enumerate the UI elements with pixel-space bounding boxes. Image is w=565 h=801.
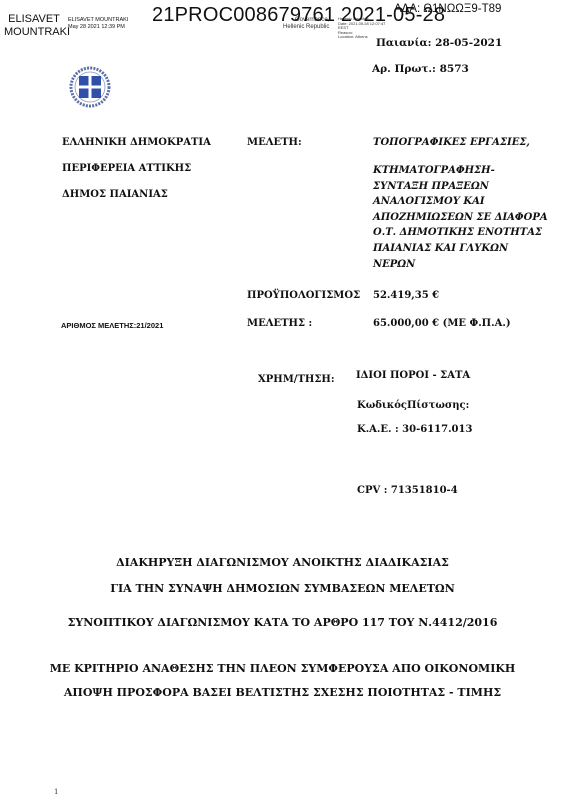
budget-label: ΠΡΟΫΠΟΛΟΓΙΣΜΟΣ xyxy=(247,290,360,301)
cpv-code: CPV : 71351810-4 xyxy=(357,485,458,496)
declaration-title-line-1: ΔΙΑΚΗΡΥΞΗ ΔΙΑΓΩΝΙΣΜΟΥ ΑΝΟΙΚΤΗΣ ΔΙΑΔΙΚΑΣΙ… xyxy=(0,556,565,569)
protocol-number: Αρ. Πρωτ.: 8573 xyxy=(372,63,469,75)
study-title-line: ΚΤΗΜΑΤΟΓΡΑΦΗΣΗ- xyxy=(373,163,548,179)
study-title-line: ΑΝΑΛΟΓΙΣΜΟΥ ΚΑΙ xyxy=(373,194,548,210)
study-label: ΜΕΛΕΤΗ: xyxy=(247,137,302,148)
study-title-line: ΑΠΟΖΗΜΙΩΣΕΩΝ ΣΕ ΔΙΑΦΟΡΑ xyxy=(373,210,548,226)
study-title: ΚΤΗΜΑΤΟΓΡΑΦΗΣΗ- ΣΥΝΤΑΞΗ ΠΡΑΞΕΩΝ ΑΝΑΛΟΓΙΣ… xyxy=(373,163,548,272)
budget-study-label: ΜΕΛΕΤΗΣ : xyxy=(247,318,312,329)
authority-municipality: ΔΗΜΟΣ ΠΑΙΑΝΙΑΣ xyxy=(62,189,168,200)
signature-detail: ELISAVET MOUNTRAKI May 28 2021 12:39 PM xyxy=(68,17,128,31)
declaration-title-line-5: ΑΠΟΨΗ ΠΡΟΣΦΟΡΑ ΒΑΣΕΙ ΒΕΛΤΙΣΤΗΣ ΣΧΕΣΗΣ ΠΟ… xyxy=(0,686,565,699)
signature-detail-name: ELISAVET MOUNTRAKI xyxy=(68,17,128,24)
study-title-line: Ο.Τ. ΔΗΜΟΤΙΚΗΣ ΕΝΟΤΗΤΑΣ xyxy=(373,225,548,241)
study-title-line: ΣΥΝΤΑΞΗ ΠΡΑΞΕΩΝ xyxy=(373,179,548,195)
credit-code-label: ΚωδικόςΠίστωσης: xyxy=(357,400,469,411)
document-date: Παιανία: 28-05-2021 xyxy=(376,37,502,49)
declaration-title-line-3: ΣΥΝΟΠΤΙΚΟΥ ΔΙΑΓΩΝΙΣΜΟΥ ΚΑΤΑ ΤΟ ΑΡΘΡΟ 117… xyxy=(0,616,565,629)
signer-name-line-1: ELISAVET xyxy=(4,13,64,26)
declaration-title-line-2: ΓΙΑ ΤΗΝ ΣΥΝΑΨΗ ΔΗΜΟΣΙΩΝ ΣΥΜΒΑΣΕΩΝ ΜΕΛΕΤΩ… xyxy=(0,582,565,595)
funding-label: ΧΡΗΜ/ΤΗΣΗ: xyxy=(258,374,335,385)
signer-name: ELISAVET MOUNTRAKI xyxy=(4,13,64,39)
kae-code: Κ.Α.Ε. : 30-6117.013 xyxy=(357,424,472,435)
greek-coat-of-arms-icon xyxy=(68,66,112,108)
authority-region: ΠΕΡΙΦΕΡΕΙΑ ΑΤΤΙΚΗΣ xyxy=(62,163,191,174)
declaration-title-line-4: ΜΕ ΚΡΙΤΗΡΙΟ ΑΝΑΘΕΣΗΣ ΤΗΝ ΠΛΕΟΝ ΣΥΜΦΕΡΟΥΣ… xyxy=(0,662,565,675)
page-number: 1 xyxy=(54,788,58,796)
study-title-line: ΝΕΡΩΝ xyxy=(373,257,548,273)
study-title-first: ΤΟΠΟΓΡΑΦΙΚΕΣ ΕΡΓΑΣΙΕΣ, xyxy=(373,137,530,148)
ada-code: ΑΔΑ: Ω1ΝΩΩΞ9-Τ89 xyxy=(394,3,501,15)
authority-country: ΕΛΛΗΝΙΚΗ ΔΗΜΟΚΡΑΤΙΑ xyxy=(62,137,211,148)
signer-name-line-2: MOUNTRAKI xyxy=(4,26,64,39)
funding-source: ΙΔΙΟΙ ΠΟΡΟΙ - ΣΑΤΑ xyxy=(356,370,470,381)
study-title-line: ΠΑΙΑΝΙΑΣ ΚΑΙ ΓΛΥΚΩΝ xyxy=(373,241,548,257)
signature-detail-date: May 28 2021 12:39 PM xyxy=(68,24,128,31)
study-number: ΑΡΙΘΜΟΣ ΜΕΛΕΤΗΣ:21/2021 xyxy=(61,321,163,330)
budget-study-value: 65.000,00 € (ΜΕ Φ.Π.Α.) xyxy=(373,318,511,329)
budget-value: 52.419,35 € xyxy=(373,290,439,301)
